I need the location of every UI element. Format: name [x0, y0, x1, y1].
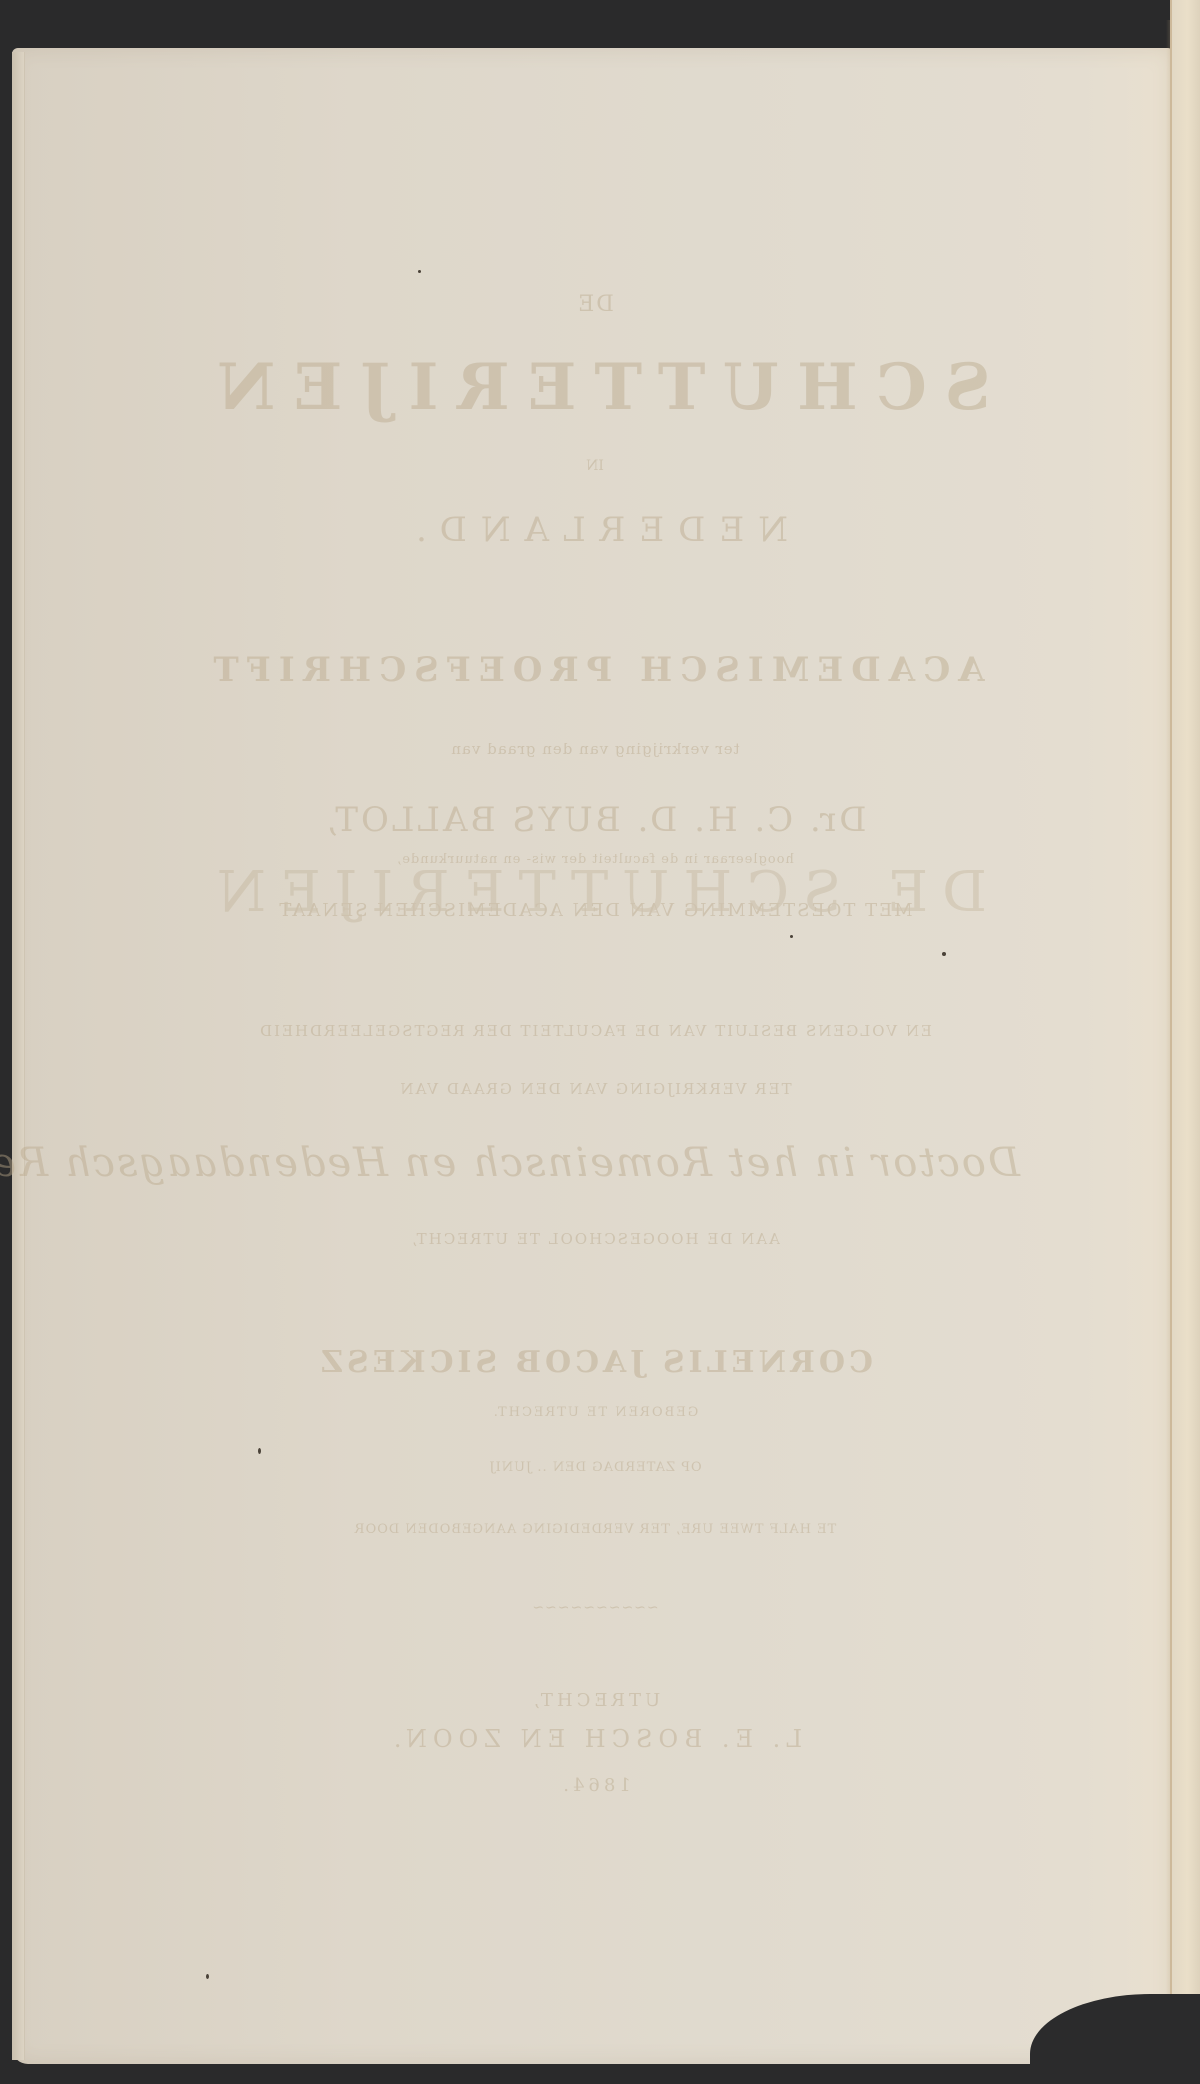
paper-speck	[418, 270, 421, 273]
paper-speck	[206, 1974, 209, 1979]
bleed-line-kind: ACADEMISCH PROEFSCHRIFT	[170, 650, 1020, 690]
paper-speck	[942, 952, 946, 956]
bleed-line-small6: AAN DE HOOGESCHOOL TE UTRECHT,	[170, 1230, 1020, 1248]
paper-speck	[258, 1448, 261, 1454]
bleed-line-small8: TE HALF TWEE URE, TER VERDEDIGING AANGEB…	[170, 1522, 1020, 1537]
bleed-through-text: DE SCHUTTERIJEN IN NEDERLAND. ACADEMISCH…	[170, 0, 1020, 2084]
bleed-line-de: DE	[170, 292, 1020, 317]
bleed-line-small3: MET TOESTEMMING VAN DEN ACADEMISCHEN SEN…	[170, 900, 1020, 921]
bleed-line-year: 1864.	[170, 1775, 1020, 1796]
paper-speck	[790, 935, 793, 938]
bleed-line-publisher: L. E. BOSCH EN ZOON.	[170, 1725, 1020, 1753]
bleed-line-script: Doctor in het Romeinsch en Hedendaagsch …	[170, 1140, 1020, 1186]
bleed-line-country: NEDERLAND.	[170, 510, 1020, 550]
bleed-line-city: UTRECHT,	[170, 1690, 1020, 1711]
bleed-line-professor: Dr. C. H. D. BUYS BALLOT,	[170, 800, 1020, 840]
page-left-edge	[12, 52, 25, 2060]
bleed-line-born: GEBOREN TE UTRECHT.	[170, 1405, 1020, 1420]
fore-edge-next-page	[1170, 0, 1200, 2084]
bleed-line-author: CORNELIS JACOB SICKESZ	[170, 1345, 1020, 1380]
bleed-line-ornament: ~~~~~~~~~~	[170, 1600, 1020, 1616]
bleed-line-small4: EN VOLGENS BESLUIT VAN DE FACULTEIT DER …	[170, 1022, 1020, 1040]
bleed-line-small5: TER VERKRIJGING VAN DEN GRAAD VAN	[170, 1080, 1020, 1098]
bleed-line-in: IN	[170, 458, 1020, 474]
bleed-line-title: SCHUTTERIJEN	[170, 350, 1020, 425]
bleed-line-small1: ter verkrijging van den graad van	[170, 740, 1020, 758]
bleed-line-small7: OP ZATERDAG DEN .. JUNIJ	[170, 1460, 1020, 1475]
